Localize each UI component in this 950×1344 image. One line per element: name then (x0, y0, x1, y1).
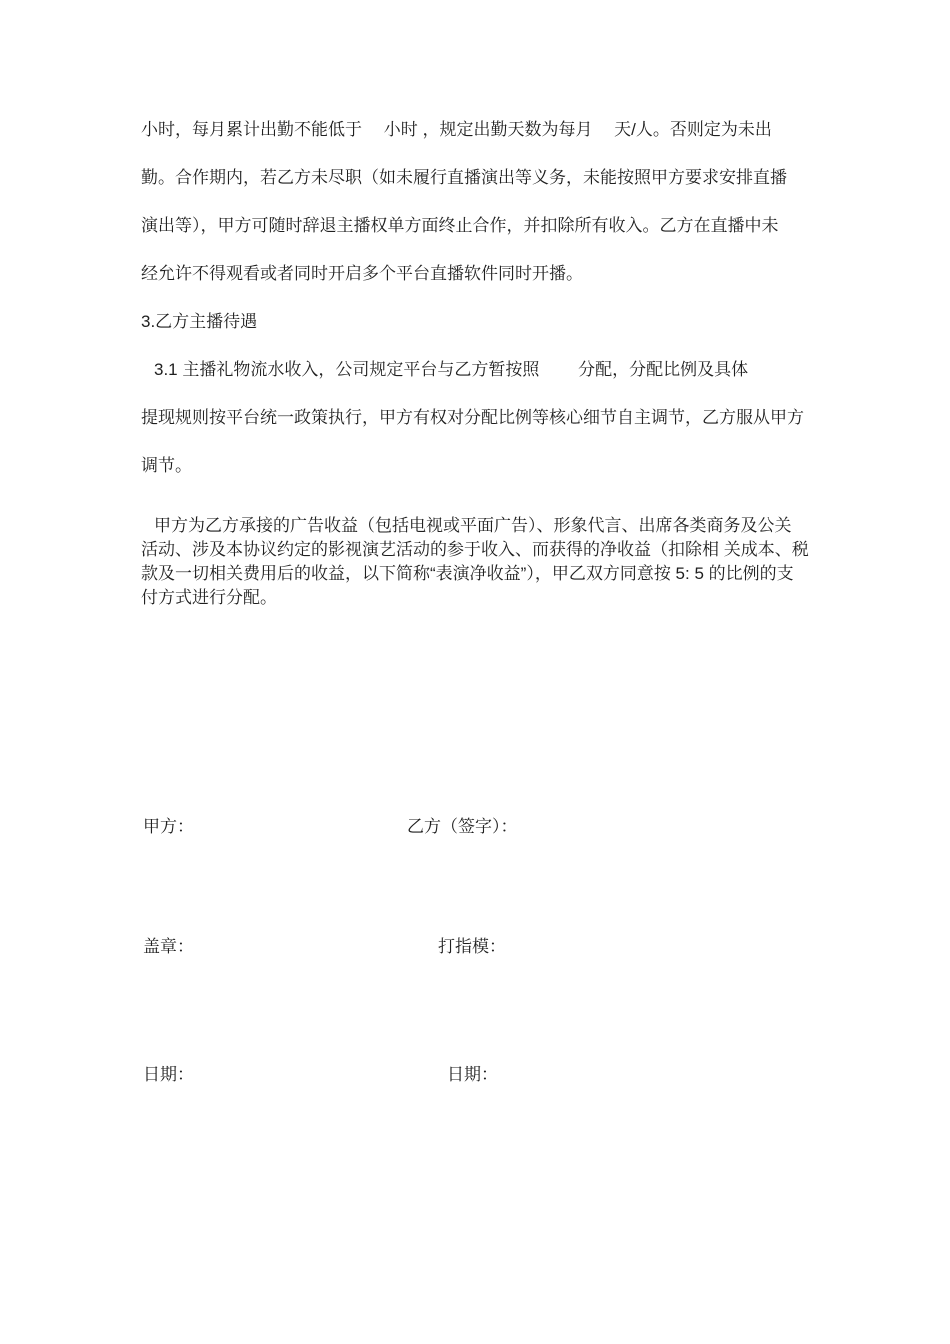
paragraph-line: 付方式进行分配。 (141, 586, 813, 610)
paragraph-line: 小时，每月累计出勤不能低于 小时 ，规定出勤天数为每月 天/人。否则定为未出 (141, 106, 813, 154)
clause-3-1: 3.1 主播礼物流水收入，公司规定平台与乙方暂按照 分配，分配比例及具体 提现规… (141, 346, 813, 490)
clause-advertising: 甲方为乙方承接的广告收益（包括电视或平面广告）、形象代言、出席各类商务及公关 活… (141, 514, 813, 610)
paragraph-line: 甲方为乙方承接的广告收益（包括电视或平面广告）、形象代言、出席各类商务及公关 (141, 514, 813, 538)
paragraph-attendance: 小时，每月累计出勤不能低于 小时 ，规定出勤天数为每月 天/人。否则定为未出 勤… (141, 106, 813, 298)
paragraph-line: 活动、涉及本协议约定的影视演艺活动的参于收入、而获得的净收益（扣除相 关成本、税 (141, 538, 813, 562)
signature-date-a-label: 日期： (143, 1065, 194, 1085)
signature-party-a-label: 甲方： (143, 817, 194, 837)
paragraph-line: 款及一切相关费用后的收益，以下简称“表演净收益”），甲乙双方同意按 5: 5 的… (141, 562, 813, 586)
paragraph-line: 调节。 (141, 442, 813, 490)
paragraph-line: 勤。合作期内，若乙方未尽职（如未履行直播演出等义务，未能按照甲方要求安排直播 (141, 154, 813, 202)
paragraph-line: 提现规则按平台统一政策执行，甲方有权对分配比例等核心细节自主调节，乙方服从甲方 (141, 394, 813, 442)
signature-fingerprint-label: 打指模： (438, 937, 506, 957)
section-heading: 3.乙方主播待遇 (141, 298, 813, 346)
signature-party-b-label: 乙方（签字）： (407, 817, 518, 837)
paragraph-line: 演出等），甲方可随时辞退主播权单方面终止合作，并扣除所有收入。乙方在直播中未 (141, 202, 813, 250)
signature-seal-label: 盖章： (143, 937, 194, 957)
paragraph-line: 3.1 主播礼物流水收入，公司规定平台与乙方暂按照 分配，分配比例及具体 (141, 346, 813, 394)
contract-page: 小时，每月累计出勤不能低于 小时 ，规定出勤天数为每月 天/人。否则定为未出 勤… (0, 0, 950, 1344)
paragraph-line: 经允许不得观看或者同时开启多个平台直播软件同时开播。 (141, 250, 813, 298)
contract-body: 小时，每月累计出勤不能低于 小时 ，规定出勤天数为每月 天/人。否则定为未出 勤… (141, 106, 813, 610)
signature-date-b-label: 日期： (447, 1065, 498, 1085)
